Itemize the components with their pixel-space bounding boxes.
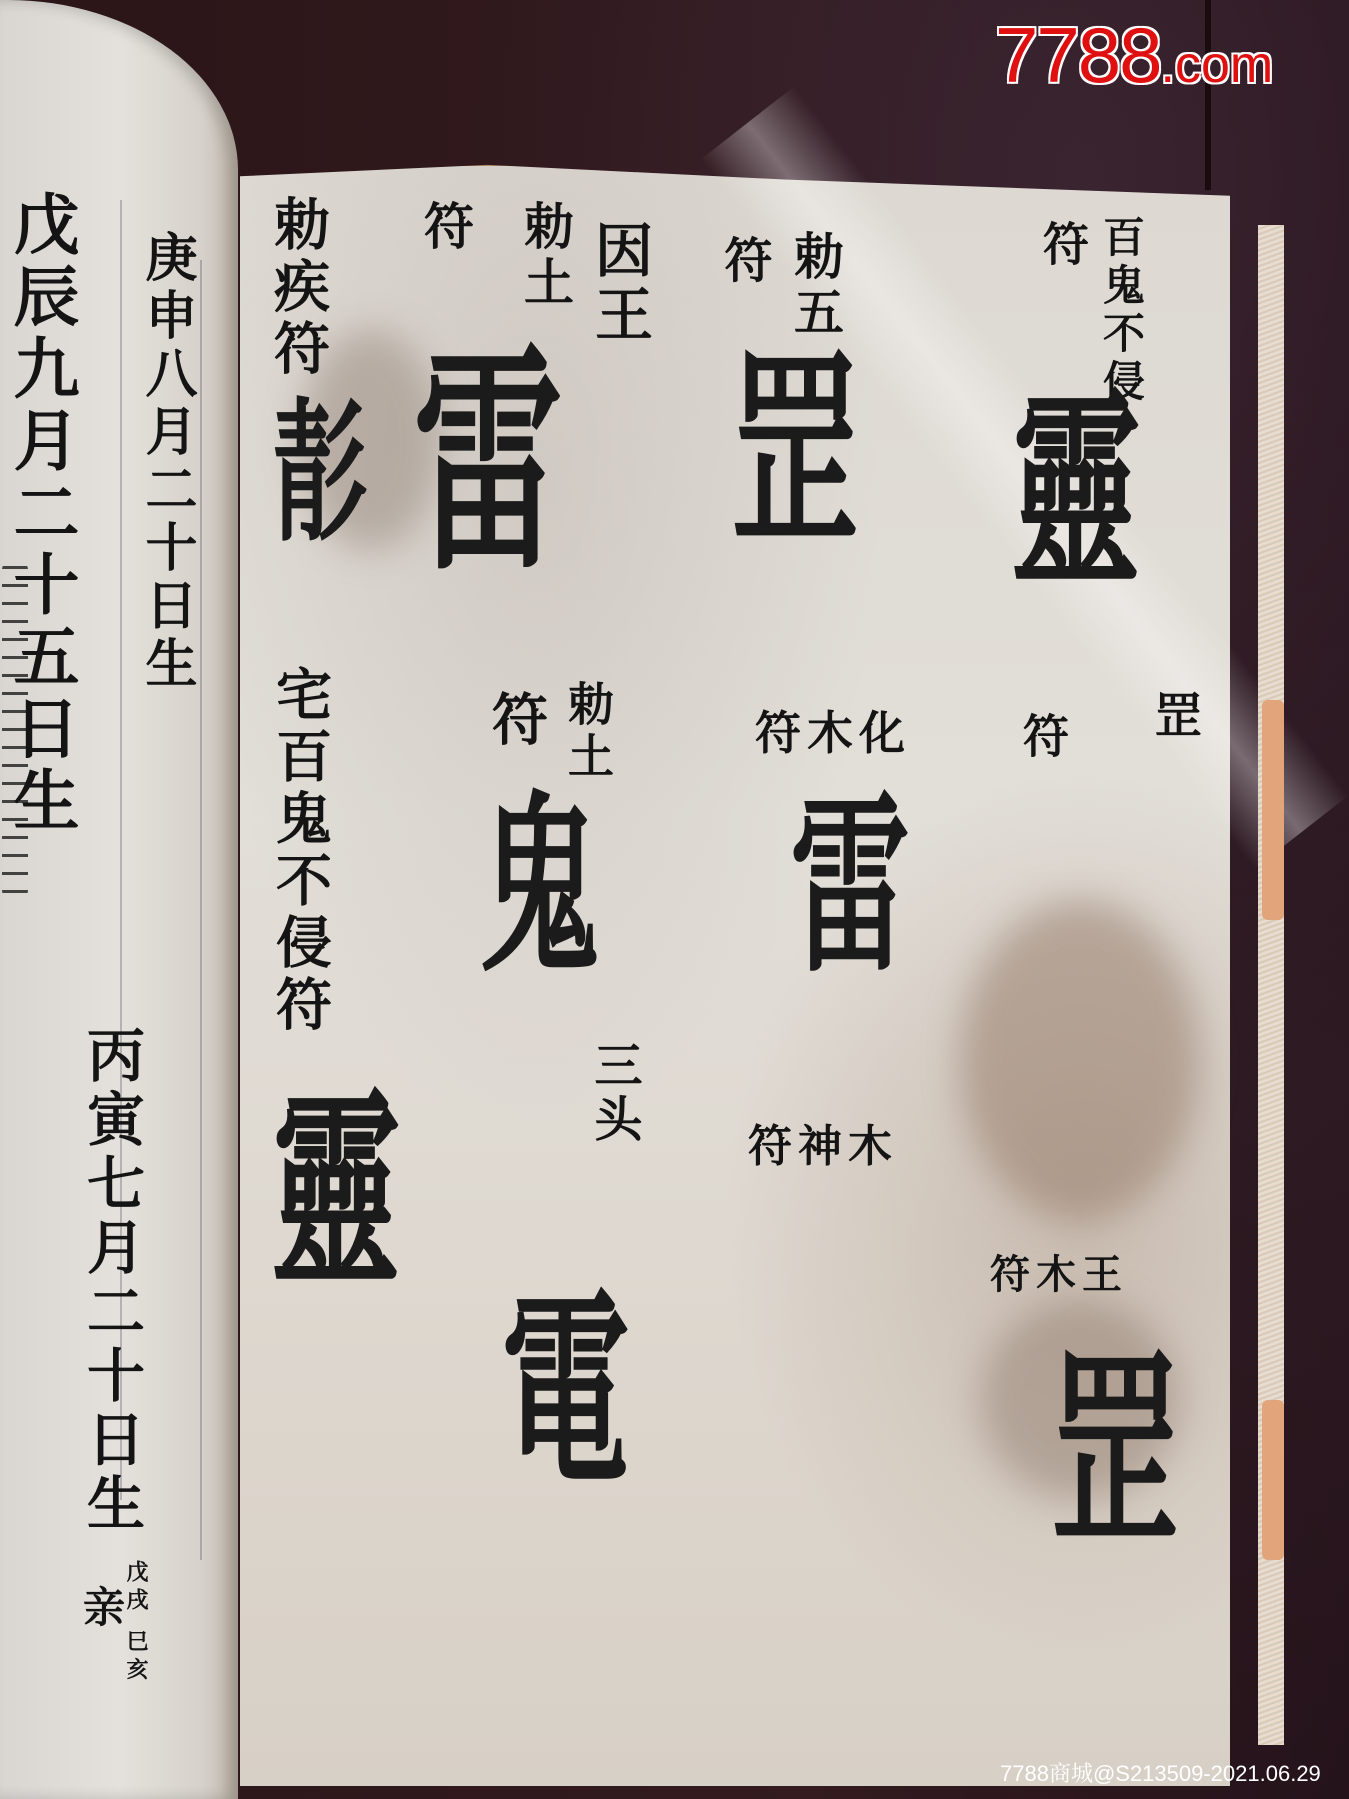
text-column: 勅五 [790,230,840,342]
text-column: 宅百鬼不侵符 [272,665,328,1037]
talisman-glyph: 電 [490,1320,620,1450]
talisman-glyph: 罡 [720,380,850,510]
talisman-glyph: 罡 [1040,1380,1170,1510]
text-column: 符 [1040,220,1086,272]
text-column: 罡 [1150,690,1198,744]
watermark-caption: 7788商城@S213509-2021.06.29 [1000,1757,1321,1788]
left-page: 戊辰九月二十五日生 庚申八月二十日生 丙寅七月二十日生 戊戌 巳亥 亲 [0,0,238,1799]
page-edge-accent [1262,1400,1284,1560]
text-column: 三头 [590,1040,638,1148]
left-column-small: 戊戌 巳亥 [125,1560,147,1686]
watermark-logo-suffix: .com [1161,36,1274,94]
talisman-glyph: 雷 [780,820,900,940]
text-column: 符 [420,200,470,256]
talisman-glyph: 靈 [1000,420,1130,550]
talisman-glyph: 靈 [260,1120,390,1250]
watermark-logo-number: 7788 [995,11,1161,99]
text-column: 勅疾符 [270,195,326,381]
header-column-right: 百鬼不侵 [1100,215,1142,407]
left-column-1: 戊辰九月二十五日生 [8,190,74,838]
text-column: 符木化 [755,710,911,756]
watermark-logo: 7788.com [995,10,1273,101]
text-column: 符 [720,235,768,289]
text-column: 符神木 [748,1125,898,1169]
text-column: 勅土 [565,680,611,784]
column-rule [200,260,202,1560]
left-column-2: 庚申八月二十日生 [140,230,192,694]
text-column: 符 [1020,712,1066,764]
left-column-3: 丙寅七月二十日生 [82,1025,140,1537]
text-column: 因王 [590,220,648,348]
text-column: 勅土 [520,200,570,312]
left-column-signature: 亲 [80,1585,122,1633]
talisman-glyph: 雷 [400,380,550,530]
talisman-glyph: 鬼 [470,820,590,940]
text-column: 符 [488,690,544,752]
page-edge-accent [1262,700,1284,920]
text-column: 符木王 [990,1255,1128,1295]
talisman-glyph: 𩇕 [265,420,361,516]
stain [960,900,1200,1220]
